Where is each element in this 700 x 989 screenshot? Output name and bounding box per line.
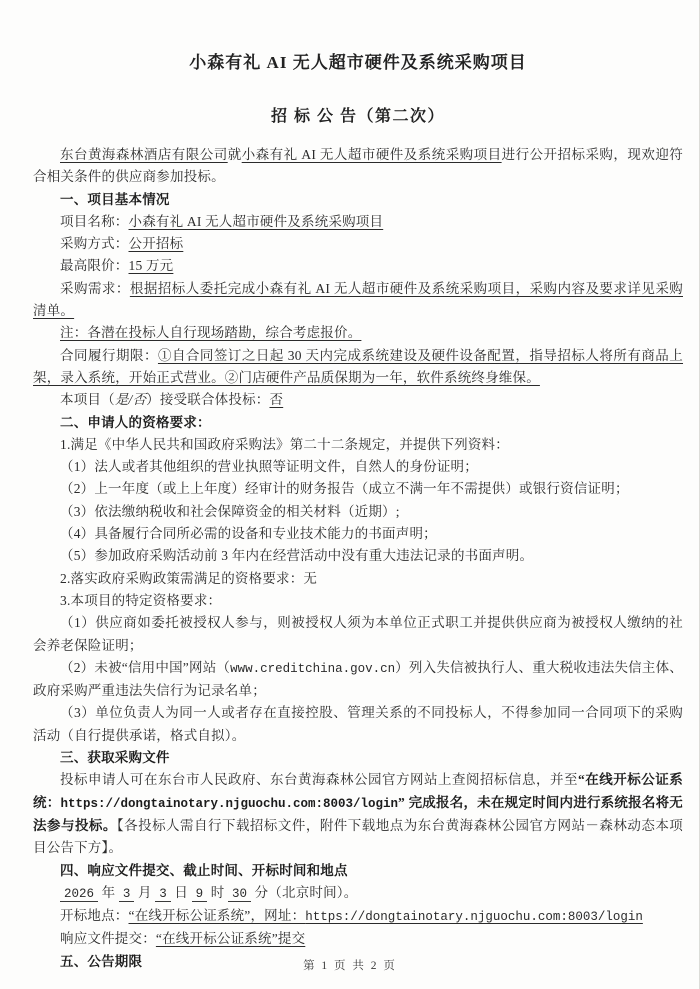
field-value: 根据招标人委托完成小森有礼 AI 无人超市硬件及系统采购项目，采购内容及要求详见…	[33, 281, 683, 318]
field-price-ceiling: 最高限价：15 万元	[33, 255, 683, 277]
field-label: 采购方式：	[60, 236, 129, 251]
field-label: 项目名称：	[60, 214, 129, 229]
field-project-name: 项目名称：小森有礼 AI 无人超市硬件及系统采购项目	[33, 211, 683, 233]
qualification-item-1-5: （5）参加政府采购活动前 3 年内在经营活动中没有重大违法记录的书面声明。	[33, 545, 683, 567]
document-subtitle: 招 标 公 告（第二次）	[33, 103, 683, 126]
joint-bid-pre: 本项目（	[60, 392, 115, 407]
field-value: 公开招标	[129, 236, 184, 251]
access-text: 投标申请人可在东台市人民政府、东台黄海森林公园官方网站上查阅招标信息，并至	[60, 772, 578, 787]
section3-heading: 三、获取采购文件	[33, 747, 683, 769]
qualification-item-1-2: （2）上一年度（或上上年度）经审计的财务报告（成立不满一年不需提供）或银行资信证…	[33, 478, 683, 500]
unit-month: 月	[134, 885, 155, 900]
qualification-item-2: 2.落实政府采购政策需满足的资格要求：无	[33, 568, 683, 590]
qualification-item-3-1: （1）供应商如委托被授权人参与，则被授权人须为本单位正式职工并提供供应商为被授权…	[33, 612, 683, 657]
joint-bid-answer: 否	[269, 392, 283, 407]
document-access-paragraph: 投标申请人可在东台市人民政府、东台黄海森林公园官方网站上查阅招标信息，并至“在线…	[33, 769, 683, 859]
qualification-item-3: 3.本项目的特定资格要求：	[33, 590, 683, 612]
section2-heading: 二、申请人的资格要求：	[33, 412, 683, 434]
qualification-item-1-1: （1）法人或者其他组织的营业执照等证明文件，自然人的身份证明；	[33, 456, 683, 478]
venue-label: 开标地点：	[60, 908, 129, 923]
site-survey-note: 注：各潜在投标人自行现场踏勘，综合考虑报价。	[33, 322, 683, 344]
qualification-item-3-2: （2）未被“信用中国”网站（www.creditchina.gov.cn）列入失…	[33, 657, 683, 703]
deadline-month: 3	[119, 887, 135, 902]
venue-value: “在线开标公证系统”，网址：https://dongtainotary.njgu…	[129, 908, 643, 923]
section1-heading: 一、项目基本情况	[33, 189, 683, 211]
qualification-item-1-4: （4）具备履行合同所必需的设备和专业技术能力的书面声明；	[33, 523, 683, 545]
deadline-hour: 9	[192, 887, 208, 902]
unit-year: 年	[98, 885, 119, 900]
document-page: 小森有礼 AI 无人超市硬件及系统采购项目 招 标 公 告（第二次） 东台黄海森…	[0, 0, 700, 989]
field-label: 采购需求：	[60, 281, 130, 296]
venue-system-name: “在线开标公证系统”，网址：	[129, 908, 306, 923]
contract-term-paragraph: 合同履行期限：①自合同签订之日起 30 天内完成系统建设及硬件设备配置，指导招标…	[33, 345, 683, 390]
field-value: 15 万元	[129, 258, 174, 273]
field-procurement-method: 采购方式：公开招标	[33, 233, 683, 255]
field-value: 小森有礼 AI 无人超市硬件及系统采购项目	[129, 214, 384, 229]
unit-minute: 分（北京时间）。	[251, 885, 357, 900]
bidder-name: 东台黄海森林酒店有限公司	[60, 147, 228, 162]
credit-china-pre: （2）未被“信用中国”网站（	[60, 660, 230, 675]
intro-paragraph: 东台黄海森林酒店有限公司就小森有礼 AI 无人超市硬件及系统采购项目进行公开招标…	[33, 144, 683, 189]
qualification-item-3-3: （3）单位负责人为同一人或者存在直接控股、管理关系的不同投标人，不得参加同一合同…	[33, 702, 683, 747]
venue-url: https://dongtainotary.njguochu.com:8003/…	[305, 910, 643, 924]
deadline-date-line: 2026 年 3 月 3 日 9 时 30 分（北京时间）。	[33, 882, 683, 905]
document-body: 东台黄海森林酒店有限公司就小森有礼 AI 无人超市硬件及系统采购项目进行公开招标…	[33, 144, 683, 973]
qualification-item-1: 1.满足《中华人民共和国政府采购法》第二十二条规定，并提供下列资料：	[33, 434, 683, 456]
joint-bid-line: 本项目（是/否）接受联合体投标：否	[33, 389, 683, 411]
unit-hour: 时	[207, 885, 228, 900]
deadline-minute: 30	[228, 887, 251, 902]
project-name: 小森有礼 AI 无人超市硬件及系统采购项目	[242, 147, 502, 162]
credit-china-url: www.creditchina.gov.cn	[230, 662, 395, 676]
qualification-item-1-3: （3）依法缴纳税收和社会保障资金的相关材料（近期）;	[33, 501, 683, 523]
page-number-footer: 第 1 页 共 2 页	[0, 957, 700, 973]
joint-bid-mid: ）接受联合体投标：	[146, 392, 269, 407]
deadline-day: 3	[155, 887, 171, 902]
field-label: 最高限价：	[60, 258, 129, 273]
section4-heading: 四、响应文件提交、截止时间、开标时间和地点	[33, 860, 683, 882]
document-title: 小森有礼 AI 无人超市硬件及系统采购项目	[33, 48, 683, 73]
joint-bid-yesno: 是/否	[115, 392, 146, 407]
submission-value: “在线开标公证系统”提交	[156, 931, 305, 946]
online-system-url: https://dongtainotary.njguochu.com:8003/…	[60, 797, 398, 811]
submission-label: 响应文件提交：	[60, 931, 156, 946]
download-note: 【各投标人需自行下载招标文件，附件下载地点为东台黄海森林公园官方网站－森林动态本…	[33, 818, 683, 855]
deadline-year: 2026	[60, 887, 98, 902]
note-text: 注：各潜在投标人自行现场踏勘，综合考虑报价。	[60, 325, 361, 340]
contract-term-label: 合同履行期限：	[60, 348, 158, 363]
field-procurement-demand: 采购需求：根据招标人委托完成小森有礼 AI 无人超市硬件及系统采购项目，采购内容…	[33, 278, 683, 323]
opening-venue-line: 开标地点：“在线开标公证系统”，网址：https://dongtainotary…	[33, 905, 683, 928]
submission-line: 响应文件提交：“在线开标公证系统”提交	[33, 928, 683, 950]
unit-day: 日	[171, 885, 192, 900]
intro-text-1: 就	[228, 147, 242, 162]
